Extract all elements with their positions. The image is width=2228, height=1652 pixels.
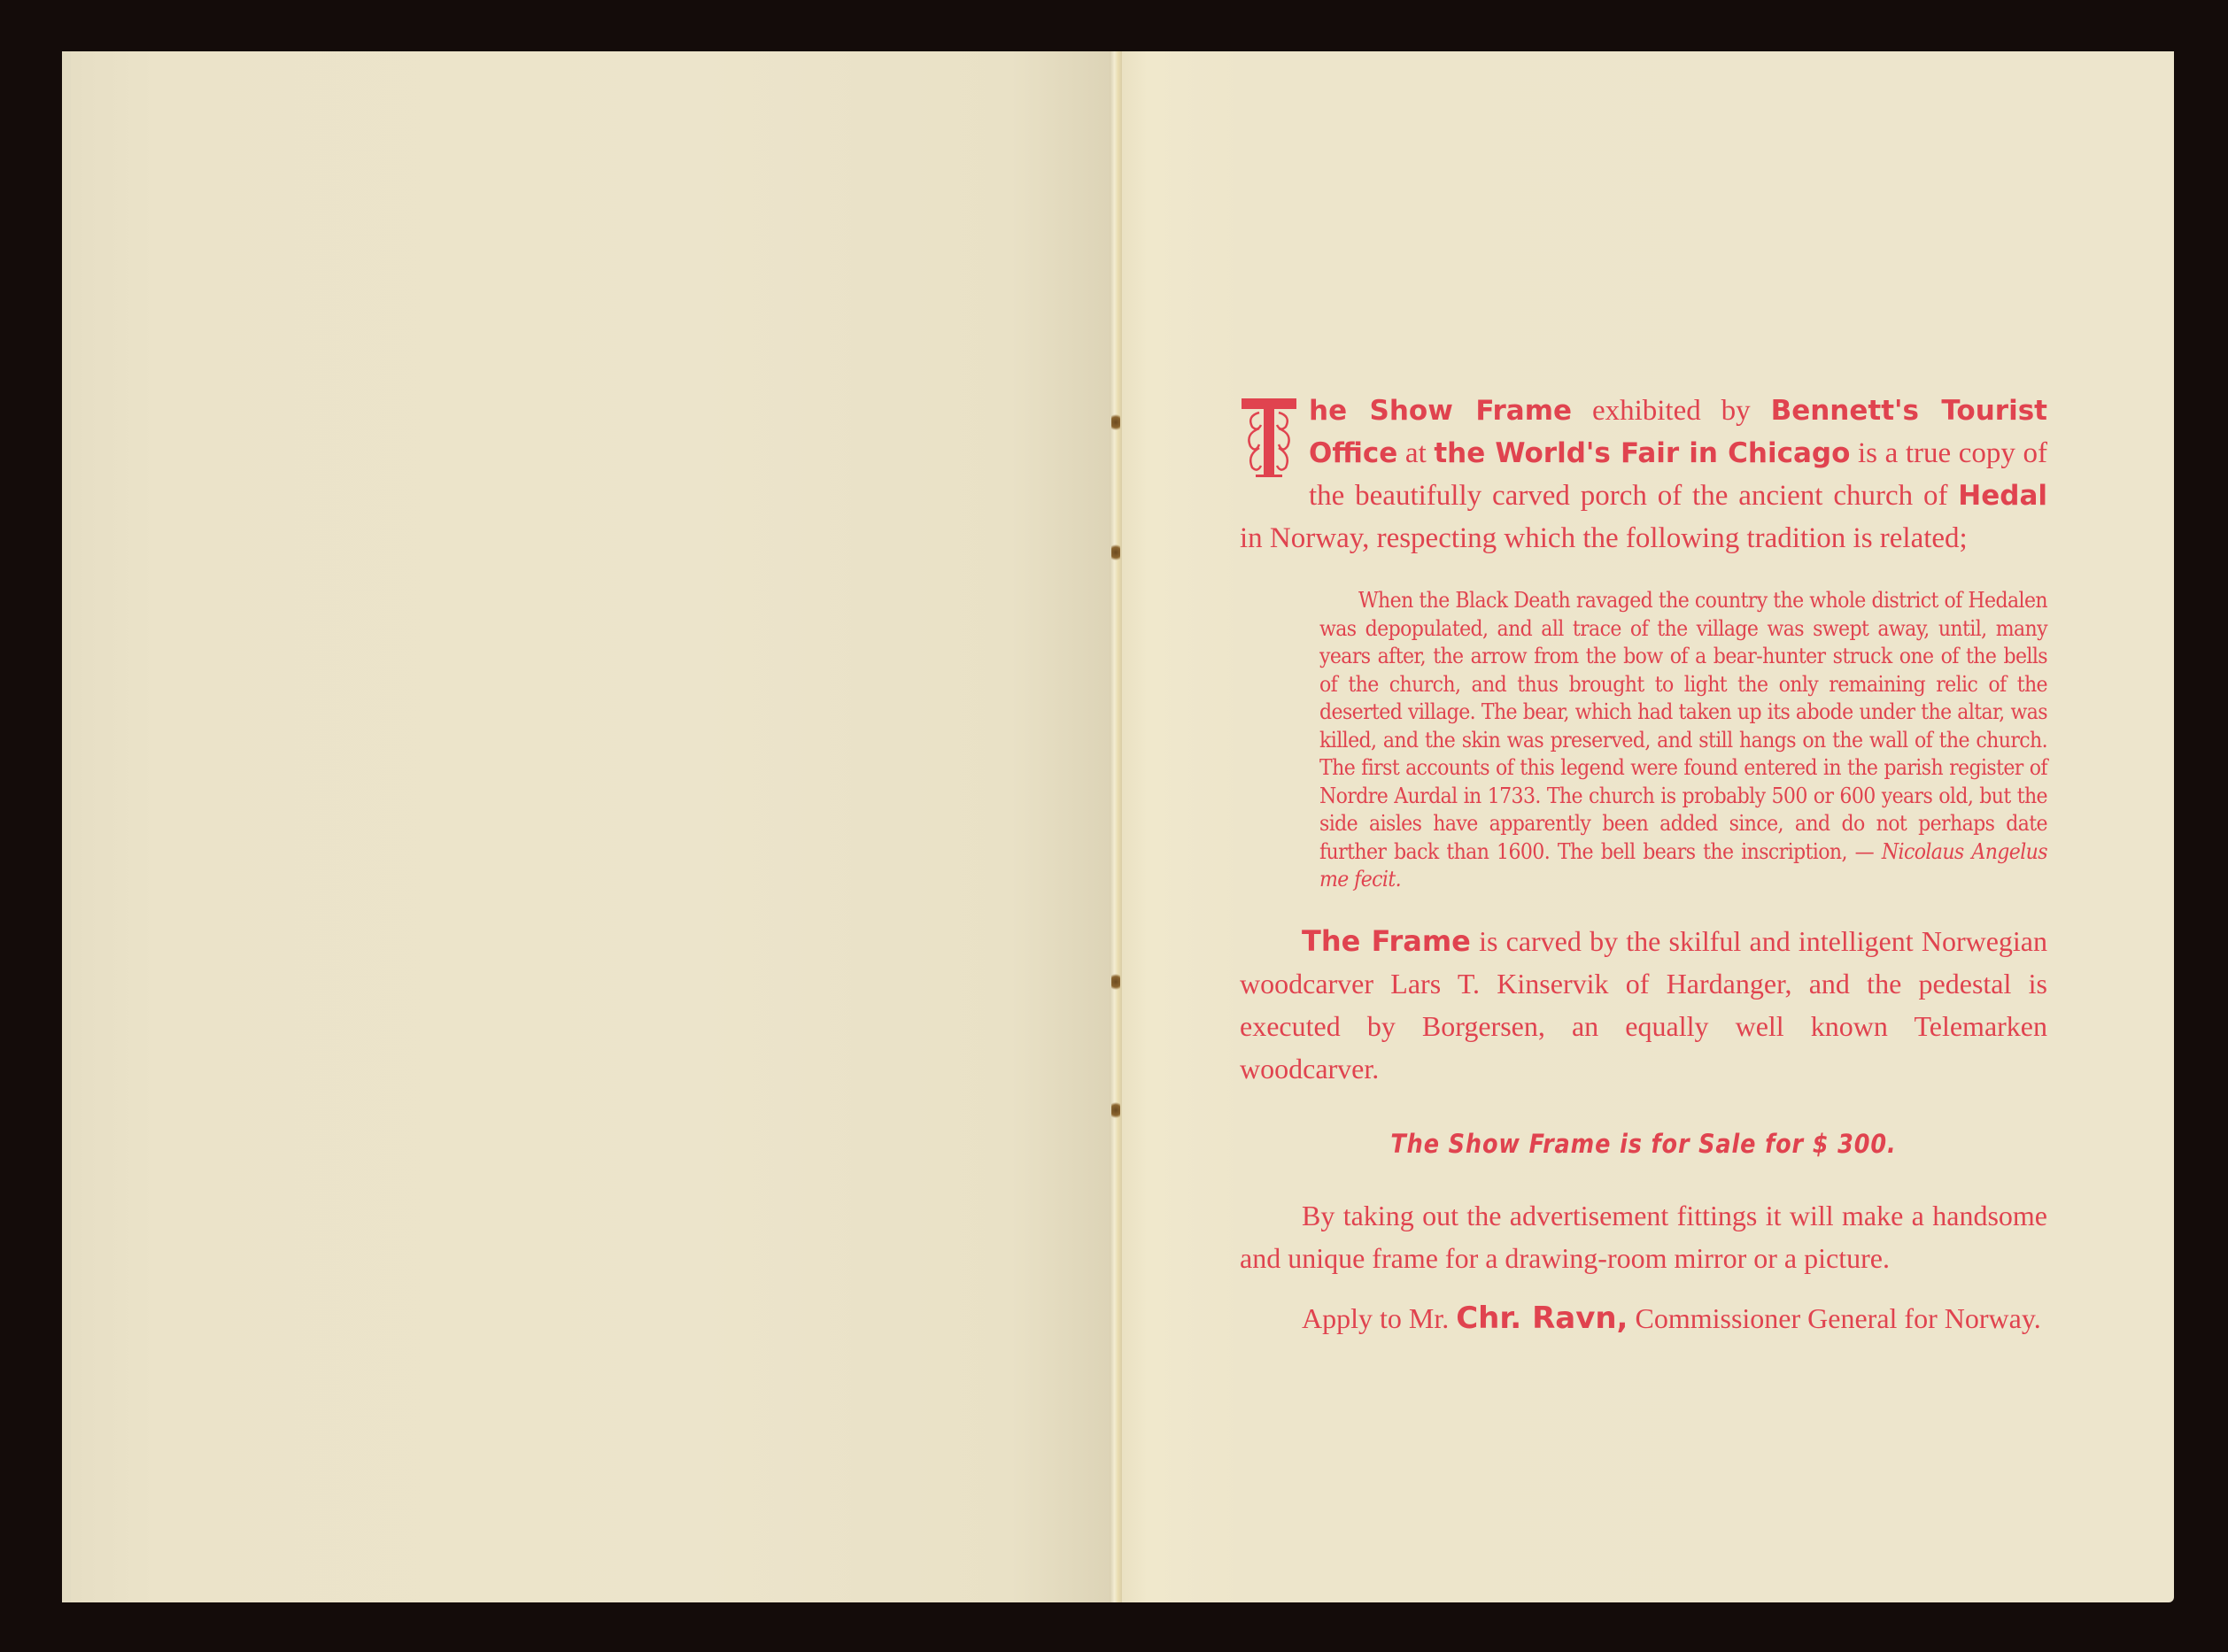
left-page	[62, 51, 1116, 1602]
chr-ravn: Chr. Ravn,	[1456, 1301, 1628, 1336]
intro-text: in Norway, respecting which the followin…	[1240, 522, 1968, 554]
legend-quote: When the Black Death ravaged the country…	[1319, 586, 2047, 893]
apply-text: Apply to Mr.	[1302, 1302, 1456, 1334]
show-frame-heading: he Show Frame	[1309, 395, 1572, 427]
apply-text: Commissioner General for Norway.	[1628, 1302, 2040, 1334]
the-frame-bold: The Frame	[1302, 924, 1471, 958]
spine-binding	[1110, 51, 1122, 1602]
staple	[1111, 972, 1120, 992]
sale-line: The Show Frame is for Sale for $ 300.	[1288, 1129, 2000, 1159]
mirror-text: By taking out the advertisement fittings…	[1240, 1200, 2047, 1274]
staple	[1111, 543, 1120, 562]
intro-paragraph: he Show Frame exhibited by Bennett's Tou…	[1240, 390, 2047, 560]
intro-text: at	[1397, 437, 1434, 469]
legend-text: When the Black Death ravaged the country…	[1319, 587, 2047, 864]
intro-text: exhibited by	[1572, 395, 1771, 427]
hedal: Hedal	[1958, 480, 2047, 512]
worlds-fair: the World's Fair in Chicago	[1434, 437, 1850, 469]
apply-paragraph: Apply to Mr. Chr. Ravn, Commissioner Gen…	[1240, 1297, 2047, 1339]
mirror-paragraph: By taking out the advertisement fittings…	[1240, 1194, 2047, 1279]
ornate-drop-cap-t-icon	[1240, 393, 1298, 482]
staple	[1111, 413, 1120, 432]
staple	[1111, 1100, 1120, 1120]
frame-paragraph: The Frame is carved by the skilful and i…	[1240, 920, 2047, 1090]
right-page-text: he Show Frame exhibited by Bennett's Tou…	[1240, 390, 2047, 1339]
